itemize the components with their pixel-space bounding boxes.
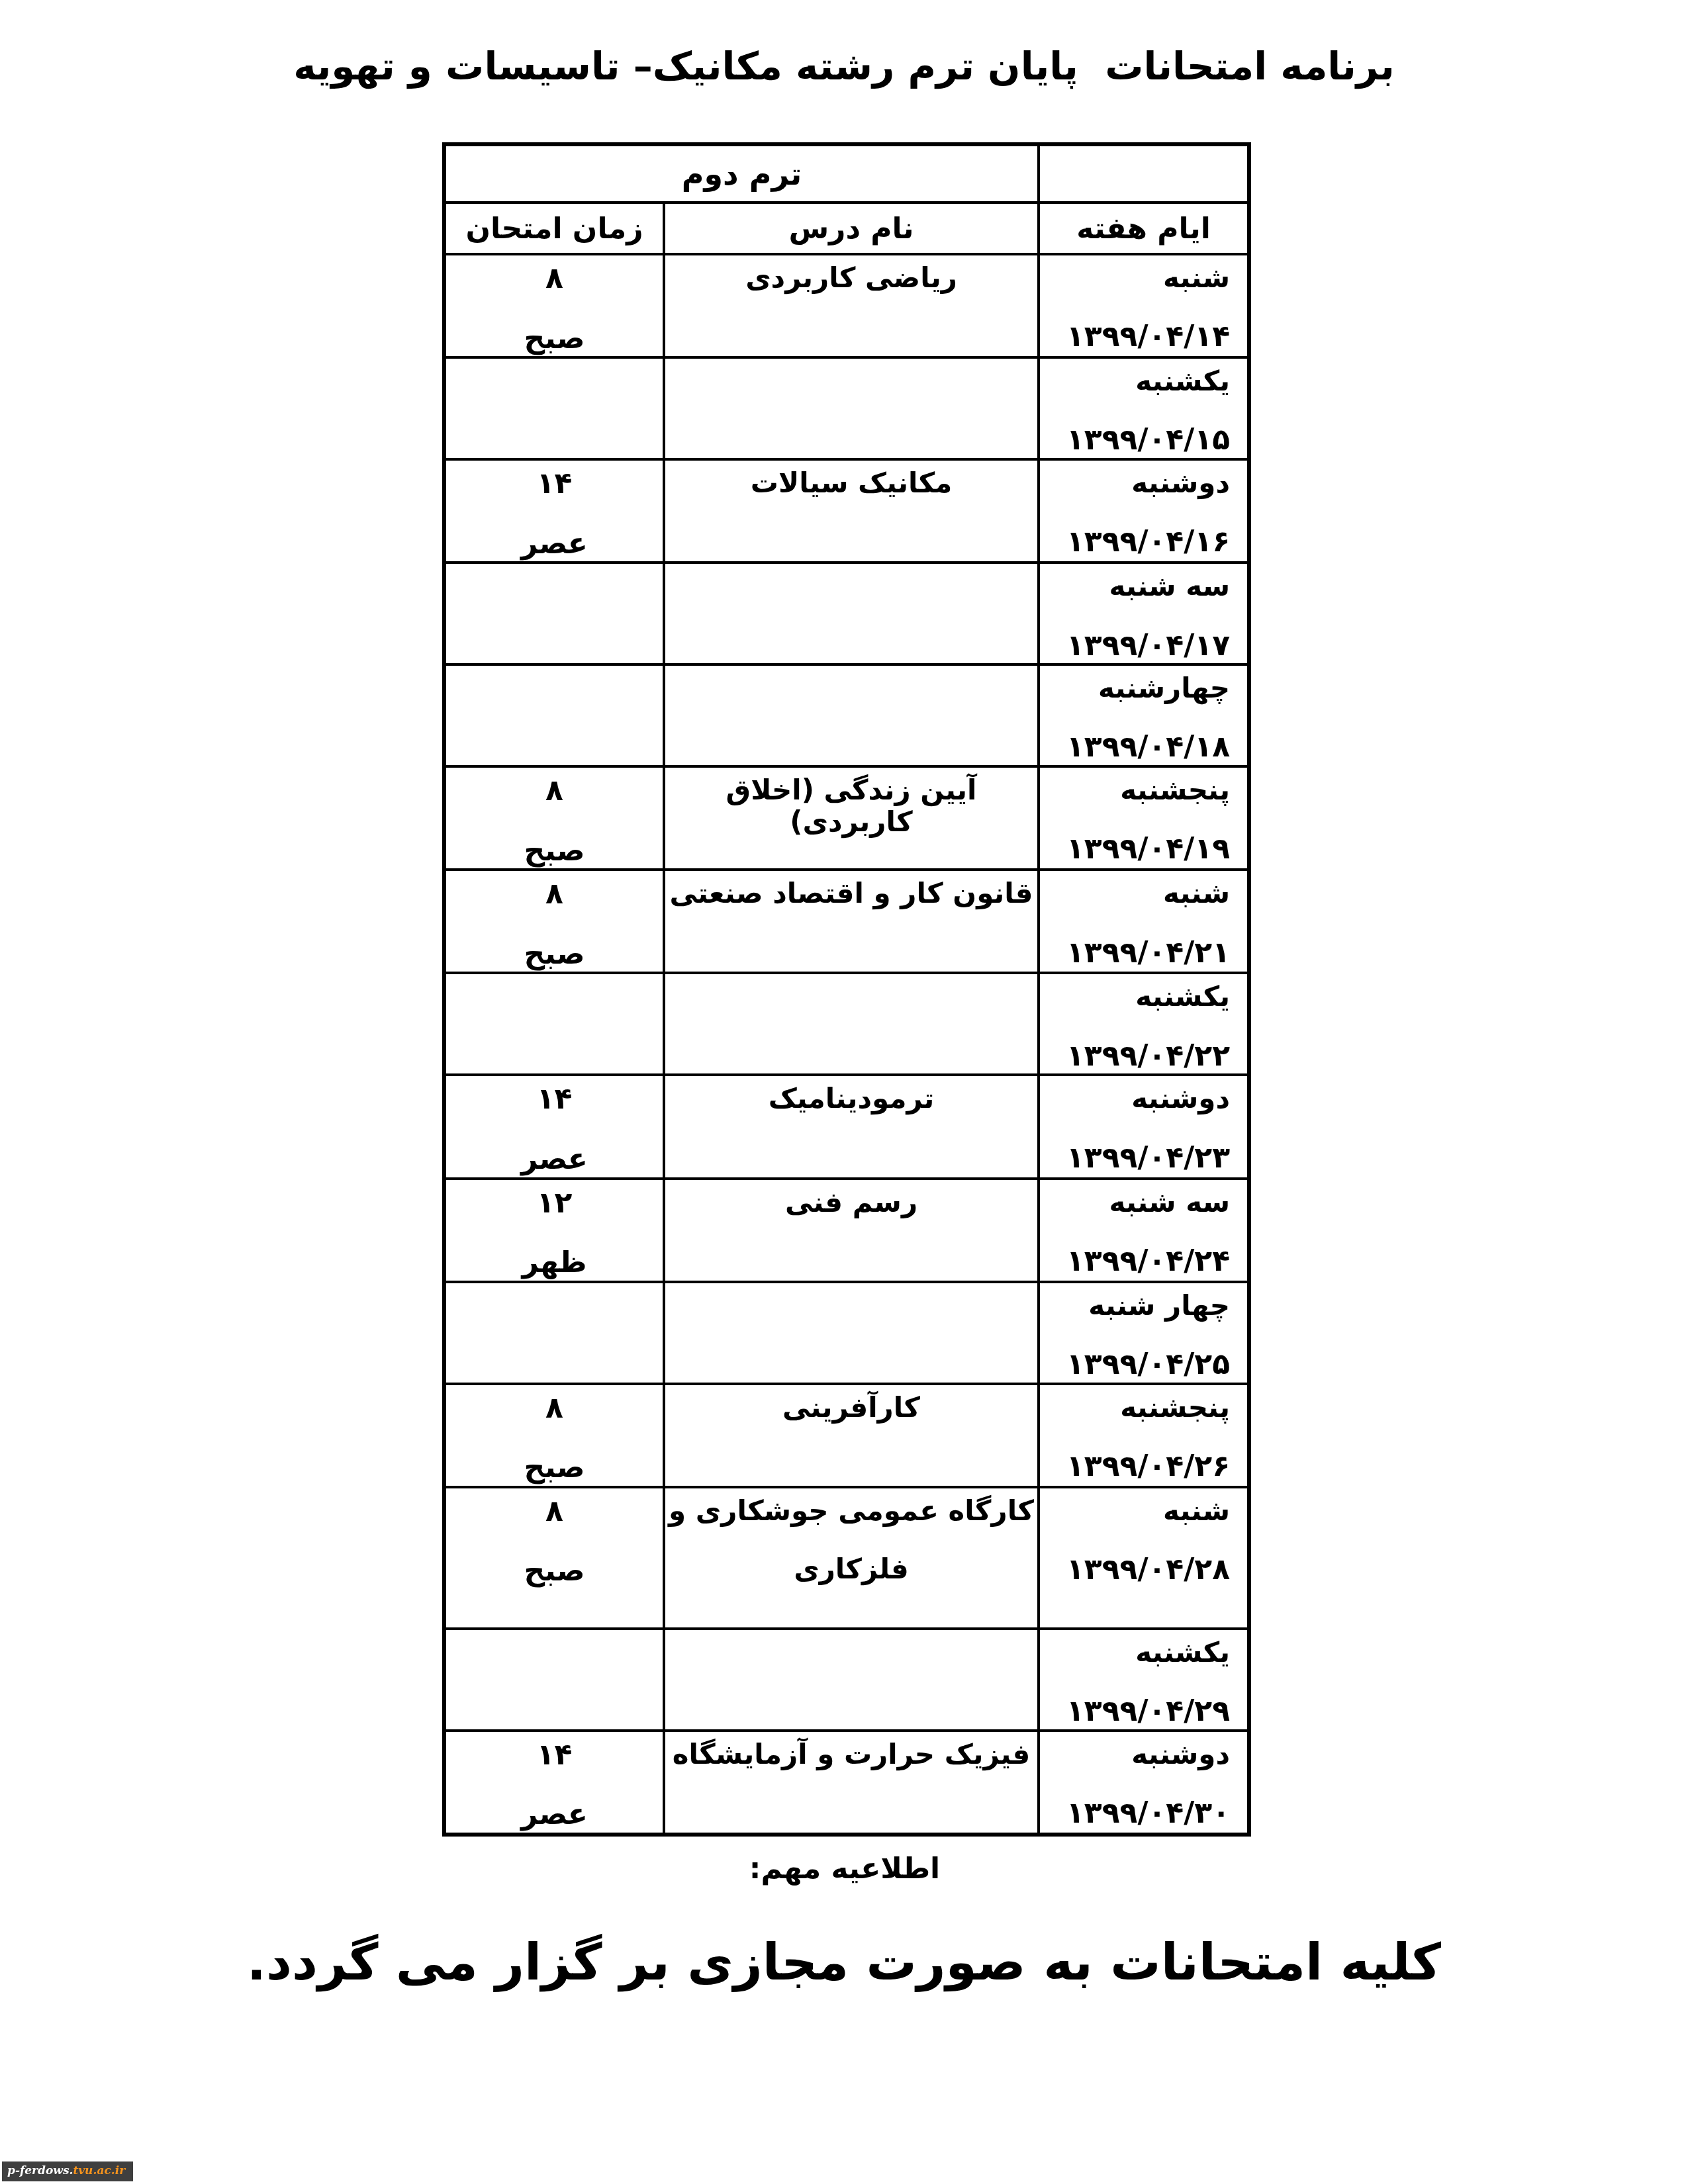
course-cell	[664, 1629, 1039, 1731]
exam-time-cell	[444, 1629, 664, 1731]
exam-time-cell	[444, 973, 664, 1075]
course-cell: کارگاه عمومی جوشکاری وفلزکاری	[664, 1487, 1039, 1629]
day-cell: پنجشنبه۱۳۹۹/۰۴/۱۹	[1039, 766, 1249, 870]
course-cell: فیزیک حرارت و آزمایشگاه	[664, 1731, 1039, 1835]
exam-time-cell: ۸صبح	[444, 870, 664, 973]
day-cell: دوشنبه۱۳۹۹/۰۴/۱۶	[1039, 459, 1249, 563]
column-header-exam-time: زمان امتحان	[444, 203, 664, 254]
day-cell: چهارشنبه۱۳۹۹/۰۴/۱۸	[1039, 664, 1249, 766]
day-date: ۱۳۹۹/۰۴/۱۶	[1041, 525, 1230, 559]
day-date: ۱۳۹۹/۰۴/۱۵	[1041, 424, 1230, 457]
table-row: شنبه۱۳۹۹/۰۴/۲۱قانون کار و اقتصاد صنعتی۸ص…	[444, 870, 1249, 973]
course-name: کارآفرینی	[666, 1392, 1037, 1424]
exam-table-body: شنبه۱۳۹۹/۰۴/۱۴ریاضی کاربردی۸صبحیکشنبه۱۳۹…	[444, 254, 1249, 1835]
exam-time-hour: ۸	[447, 1495, 662, 1529]
day-cell: یکشنبه۱۳۹۹/۰۴/۲۹	[1039, 1629, 1249, 1731]
header-empty-cell	[1039, 144, 1249, 203]
exam-time-cell	[444, 1282, 664, 1384]
day-cell: یکشنبه۱۳۹۹/۰۴/۲۲	[1039, 973, 1249, 1075]
exam-time-cell: ۸صبح	[444, 1384, 664, 1487]
day-date: ۱۳۹۹/۰۴/۲۹	[1041, 1695, 1230, 1729]
day-name: دوشنبه	[1041, 1739, 1230, 1770]
course-cell	[664, 973, 1039, 1075]
course-name: رسم فنی	[666, 1187, 1037, 1218]
table-header-term-row: ترم دوم	[444, 144, 1249, 203]
day-cell: شنبه۱۳۹۹/۰۴/۱۴	[1039, 254, 1249, 357]
course-cell: ترمودینامیک	[664, 1075, 1039, 1178]
course-cell: رسم فنی	[664, 1179, 1039, 1282]
exam-time-period: صبح	[447, 1451, 662, 1485]
course-cell: قانون کار و اقتصاد صنعتی	[664, 870, 1039, 973]
day-name: دوشنبه	[1041, 1083, 1230, 1115]
course-cell	[664, 357, 1039, 459]
table-row: یکشنبه۱۳۹۹/۰۴/۲۹	[444, 1629, 1249, 1731]
exam-time-hour: ۱۲	[447, 1187, 662, 1220]
day-name: پنجشنبه	[1041, 1392, 1230, 1424]
exam-time-hour: ۱۴	[447, 1083, 662, 1116]
day-date: ۱۳۹۹/۰۴/۲۱	[1041, 936, 1230, 970]
course-cell	[664, 664, 1039, 766]
exam-time-cell: ۸صبح	[444, 766, 664, 870]
course-name: قانون کار و اقتصاد صنعتی	[666, 878, 1037, 909]
table-row: شنبه۱۳۹۹/۰۴/۲۸کارگاه عمومی جوشکاری وفلزک…	[444, 1487, 1249, 1629]
course-name-line2: فلزکاری	[666, 1553, 1037, 1585]
course-cell: ریاضی کاربردی	[664, 254, 1039, 357]
day-name: یکشنبه	[1041, 365, 1230, 397]
exam-time-hour: ۸	[447, 262, 662, 296]
table-row: دوشنبه۱۳۹۹/۰۴/۱۶مکانیک سیالات۱۴عصر	[444, 459, 1249, 563]
exam-time-cell	[444, 664, 664, 766]
day-cell: سه شنبه۱۳۹۹/۰۴/۲۴	[1039, 1179, 1249, 1282]
table-row: دوشنبه۱۳۹۹/۰۴/۲۳ترمودینامیک۱۴عصر	[444, 1075, 1249, 1178]
exam-time-hour: ۸	[447, 774, 662, 808]
day-name: چهار شنبه	[1041, 1290, 1230, 1322]
table-header-columns-row: ایام هفته نام درس زمان امتحان	[444, 203, 1249, 254]
day-name: دوشنبه	[1041, 467, 1230, 499]
header-term-label: ترم دوم	[444, 144, 1039, 203]
course-cell	[664, 1282, 1039, 1384]
day-name: چهارشنبه	[1041, 672, 1230, 704]
column-header-weekdays: ایام هفته	[1039, 203, 1249, 254]
course-name: کارگاه عمومی جوشکاری و	[666, 1495, 1037, 1527]
important-notice-label: اطلاعیه مهم:	[442, 1852, 1247, 1886]
virtual-exams-notice: کلیه امتحانات به صورت مجازی بر گزار می گ…	[0, 1933, 1688, 1991]
exam-time-cell: ۱۴عصر	[444, 1075, 664, 1178]
exam-time-period: عصر	[447, 1143, 662, 1177]
exam-time-hour: ۸	[447, 878, 662, 911]
exam-time-period: صبح	[447, 835, 662, 868]
exam-time-period: صبح	[447, 938, 662, 972]
table-row: چهارشنبه۱۳۹۹/۰۴/۱۸	[444, 664, 1249, 766]
exam-time-period: عصر	[447, 527, 662, 561]
exam-time-cell	[444, 563, 664, 664]
column-header-course-name: نام درس	[664, 203, 1039, 254]
exam-time-period: ظهر	[447, 1246, 662, 1280]
course-cell: مکانیک سیالات	[664, 459, 1039, 563]
course-cell	[664, 563, 1039, 664]
exam-time-cell: ۸صبح	[444, 1487, 664, 1629]
day-date: ۱۳۹۹/۰۴/۱۹	[1041, 833, 1230, 866]
watermark-site-suffix: tvu.ac.ir	[73, 2164, 125, 2177]
day-cell: چهار شنبه۱۳۹۹/۰۴/۲۵	[1039, 1282, 1249, 1384]
table-row: پنجشنبه۱۳۹۹/۰۴/۲۶کارآفرینی۸صبح	[444, 1384, 1249, 1487]
table-row: یکشنبه۱۳۹۹/۰۴/۲۲	[444, 973, 1249, 1075]
day-name: شنبه	[1041, 1495, 1230, 1527]
course-name: آیین زندگی (اخلاق کاربردی)	[666, 774, 1037, 839]
day-date: ۱۳۹۹/۰۴/۲۳	[1041, 1142, 1230, 1175]
table-row: سه شنبه۱۳۹۹/۰۴/۱۷	[444, 563, 1249, 664]
day-date: ۱۳۹۹/۰۴/۳۰	[1041, 1797, 1230, 1831]
exam-schedule-table: ترم دوم ایام هفته نام درس زمان امتحان شن…	[442, 142, 1251, 1837]
exam-time-hour: ۱۴	[447, 467, 662, 501]
course-name: مکانیک سیالات	[666, 467, 1037, 499]
day-date: ۱۳۹۹/۰۴/۲۶	[1041, 1450, 1230, 1484]
course-name: فیزیک حرارت و آزمایشگاه	[666, 1739, 1037, 1770]
course-name: ریاضی کاربردی	[666, 262, 1037, 294]
document-page: برنامه امتحانات پایان ترم رشته مکانیک– ت…	[0, 0, 1688, 2184]
course-name: ترمودینامیک	[666, 1083, 1037, 1115]
course-cell: آیین زندگی (اخلاق کاربردی)	[664, 766, 1039, 870]
day-date: ۱۳۹۹/۰۴/۲۲	[1041, 1040, 1230, 1073]
day-date: ۱۳۹۹/۰۴/۱۷	[1041, 629, 1230, 663]
exam-time-cell: ۱۴عصر	[444, 1731, 664, 1835]
day-cell: شنبه۱۳۹۹/۰۴/۲۸	[1039, 1487, 1249, 1629]
table-row: چهار شنبه۱۳۹۹/۰۴/۲۵	[444, 1282, 1249, 1384]
day-date: ۱۳۹۹/۰۴/۱۴	[1041, 320, 1230, 354]
day-name: پنجشنبه	[1041, 774, 1230, 806]
day-name: یکشنبه	[1041, 981, 1230, 1013]
day-date: ۱۳۹۹/۰۴/۱۸	[1041, 731, 1230, 764]
day-cell: دوشنبه۱۳۹۹/۰۴/۳۰	[1039, 1731, 1249, 1835]
day-cell: دوشنبه۱۳۹۹/۰۴/۲۳	[1039, 1075, 1249, 1178]
exam-time-cell: ۱۲ظهر	[444, 1179, 664, 1282]
table-row: پنجشنبه۱۳۹۹/۰۴/۱۹آیین زندگی (اخلاق کاربر…	[444, 766, 1249, 870]
table-row: سه شنبه۱۳۹۹/۰۴/۲۴رسم فنی۱۲ظهر	[444, 1179, 1249, 1282]
exam-time-cell: ۱۴عصر	[444, 459, 664, 563]
table-row: دوشنبه۱۳۹۹/۰۴/۳۰فیزیک حرارت و آزمایشگاه۱…	[444, 1731, 1249, 1835]
exam-time-period: صبح	[447, 322, 662, 356]
exam-time-period: صبح	[447, 1555, 662, 1588]
day-name: سه شنبه	[1041, 1187, 1230, 1218]
day-date: ۱۳۹۹/۰۴/۲۴	[1041, 1245, 1230, 1279]
exam-time-hour: ۱۴	[447, 1739, 662, 1772]
day-cell: شنبه۱۳۹۹/۰۴/۲۱	[1039, 870, 1249, 973]
day-name: شنبه	[1041, 878, 1230, 909]
day-date: ۱۳۹۹/۰۴/۲۸	[1041, 1553, 1230, 1587]
exam-time-hour: ۸	[447, 1392, 662, 1426]
exam-time-cell: ۸صبح	[444, 254, 664, 357]
day-cell: یکشنبه۱۳۹۹/۰۴/۱۵	[1039, 357, 1249, 459]
day-name: یکشنبه	[1041, 1637, 1230, 1668]
table-row: یکشنبه۱۳۹۹/۰۴/۱۵	[444, 357, 1249, 459]
course-cell: کارآفرینی	[664, 1384, 1039, 1487]
day-cell: پنجشنبه۱۳۹۹/۰۴/۲۶	[1039, 1384, 1249, 1487]
day-cell: سه شنبه۱۳۹۹/۰۴/۱۷	[1039, 563, 1249, 664]
exam-time-cell	[444, 357, 664, 459]
page-title: برنامه امتحانات پایان ترم رشته مکانیک– ت…	[0, 44, 1688, 89]
day-name: سه شنبه	[1041, 570, 1230, 602]
watermark-site-prefix: p-ferdows.	[7, 2164, 73, 2177]
table-row: شنبه۱۳۹۹/۰۴/۱۴ریاضی کاربردی۸صبح	[444, 254, 1249, 357]
exam-time-period: عصر	[447, 1798, 662, 1832]
day-name: شنبه	[1041, 262, 1230, 294]
day-date: ۱۳۹۹/۰۴/۲۵	[1041, 1348, 1230, 1382]
watermark: p-ferdows.tvu.ac.ir	[2, 2161, 133, 2181]
